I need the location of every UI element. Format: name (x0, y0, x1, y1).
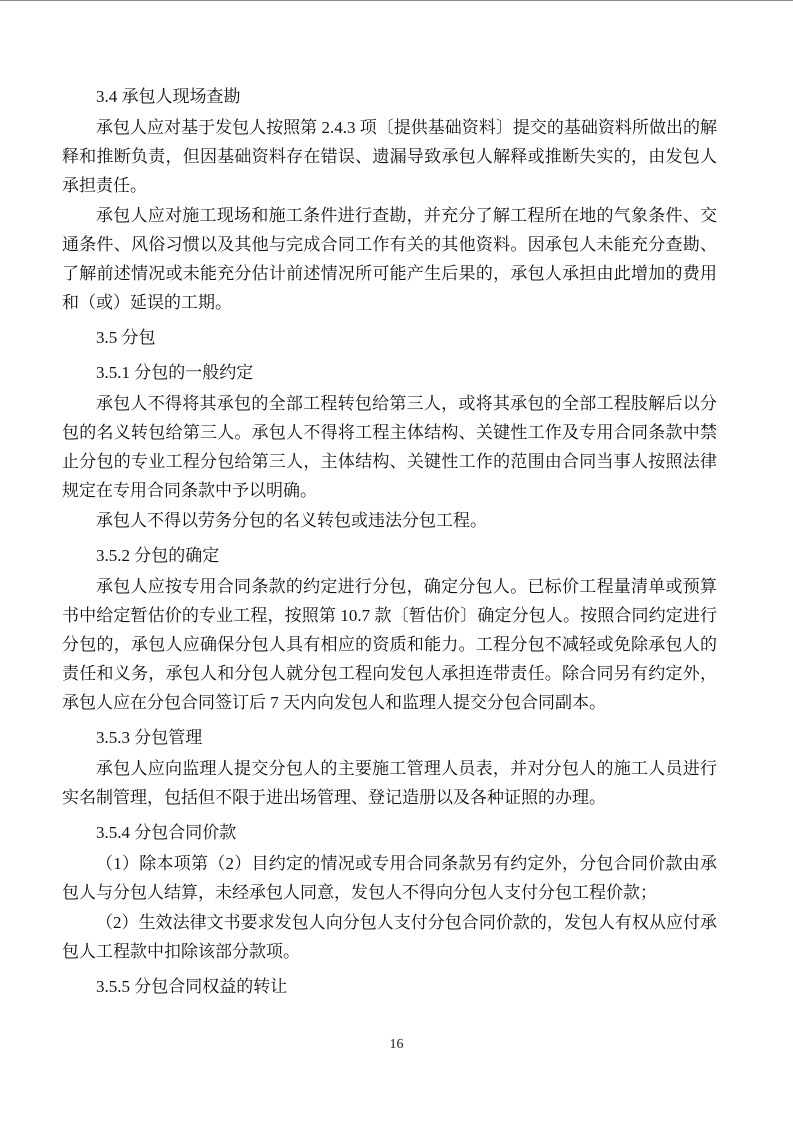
paragraph: 承包人应按专用合同条款的约定进行分包，确定分包人。已标价工程量清单或预算书中给定… (62, 572, 717, 717)
document-page: 3.4 承包人现场查勘承包人应对基于发包人按照第 2.4.3 项〔提供基础资料〕… (0, 0, 793, 1122)
section-heading: 3.4 承包人现场查勘 (62, 82, 717, 111)
section-heading: 3.5 分包 (62, 323, 717, 352)
section-heading: 3.5.1 分包的一般约定 (62, 358, 717, 387)
document-content: 3.4 承包人现场查勘承包人应对基于发包人按照第 2.4.3 项〔提供基础资料〕… (62, 82, 717, 1001)
paragraph: 承包人应向监理人提交分包人的主要施工管理人员表，并对分包人的施工人员进行实名制管… (62, 754, 717, 812)
paragraph: 承包人应对施工现场和施工条件进行查勘，并充分了解工程所在地的气象条件、交通条件、… (62, 201, 717, 317)
paragraph: 承包人不得以劳务分包的名义转包或违法分包工程。 (62, 506, 717, 535)
paragraph: （1）除本项第（2）目约定的情况或专用合同条款另有约定外，分包合同价款由承包人与… (62, 849, 717, 907)
paragraph: 承包人应对基于发包人按照第 2.4.3 项〔提供基础资料〕提交的基础资料所做出的… (62, 113, 717, 200)
section-heading: 3.5.2 分包的确定 (62, 541, 717, 570)
section-heading: 3.5.4 分包合同价款 (62, 818, 717, 847)
paragraph: 承包人不得将其承包的全部工程转包给第三人，或将其承包的全部工程肢解后以分包的名义… (62, 389, 717, 505)
paragraph: （2）生效法律文书要求发包人向分包人支付分包合同价款的，发包人有权从应付承包人工… (62, 908, 717, 966)
section-heading: 3.5.5 分包合同权益的转让 (62, 972, 717, 1001)
section-heading: 3.5.3 分包管理 (62, 723, 717, 752)
page-number: 16 (0, 1036, 793, 1054)
